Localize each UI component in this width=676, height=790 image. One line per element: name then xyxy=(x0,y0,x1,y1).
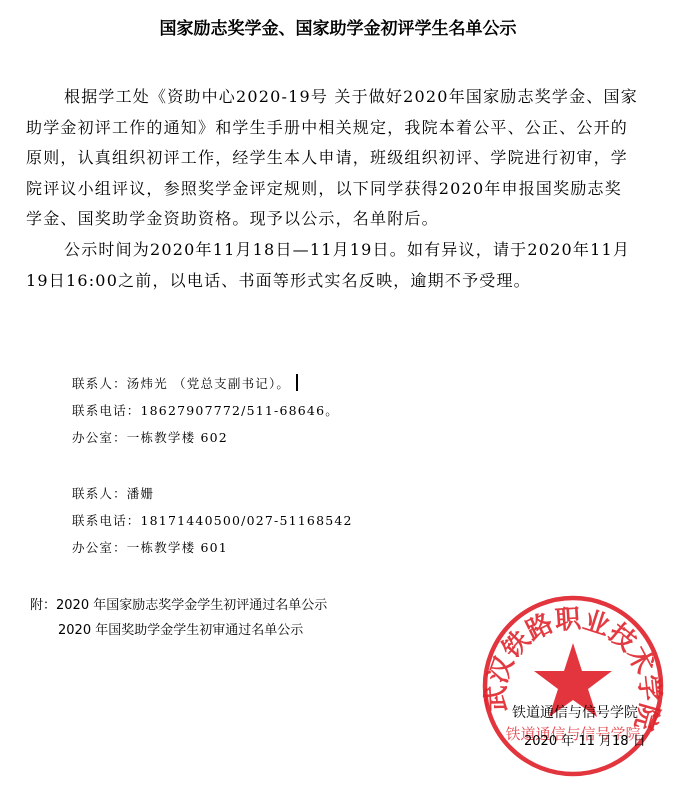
contact-phone: 联系电话：18627907772/511-68646。 xyxy=(72,397,339,424)
contact-block-2: 联系人：潘姗 联系电话：18171440500/027-51168542 办公室… xyxy=(72,480,353,561)
paragraph-line: 公示时间为2020年11月18日—11月19日。如有异议，请于2020年11月 xyxy=(26,235,646,266)
paragraph-line: 根据学工处《资助中心2020-19号 关于做好2020年国家励志奖学金、国家 xyxy=(26,82,646,113)
official-seal-icon: 武汉铁路职业技术学院 铁道通信与信号学院 xyxy=(478,591,668,781)
signature-date: 2020 年 11 月18 日 xyxy=(524,730,646,749)
paragraph-line: 学金、国奖助学金资助资格。现予以公示，名单附后。 xyxy=(26,204,646,235)
paragraph-period: 公示时间为2020年11月18日—11月19日。如有异议，请于2020年11月 … xyxy=(26,235,646,296)
attachment-item: 附：2020 年国家励志奖学金学生初评通过名单公示 xyxy=(30,593,327,618)
attachment-label: 附： xyxy=(30,598,56,613)
document-title: 国家励志奖学金、国家助学金初评学生名单公示 xyxy=(0,14,676,39)
contact-office: 办公室：一栋教学楼 602 xyxy=(72,424,339,451)
contact-phone: 联系电话：18171440500/027-51168542 xyxy=(72,507,353,534)
paragraph-line: 院评议小组评议，参照奖学金评定规则，以下同学获得2020年申报国奖励志奖 xyxy=(26,174,646,205)
paragraph-line: 助学金初评工作的通知》和学生手册中相关规定，我院本着公平、公正、公开的 xyxy=(26,113,646,144)
contact-person: 联系人：汤炜光 （党总支副书记）。 xyxy=(72,370,339,397)
attachment-item: 2020 年国奖助学金学生初审通过名单公示 xyxy=(30,618,327,643)
paragraph-line: 原则，认真组织初评工作，经学生本人申请，班级组织初评、学院进行初审，学 xyxy=(26,143,646,174)
contact-person: 联系人：潘姗 xyxy=(72,480,353,507)
contact-block-1: 联系人：汤炜光 （党总支副书记）。 联系电话：18627907772/511-6… xyxy=(72,370,339,451)
attachments: 附：2020 年国家励志奖学金学生初评通过名单公示 2020 年国奖助学金学生初… xyxy=(30,593,327,643)
contact-office: 办公室：一栋教学楼 601 xyxy=(72,534,353,561)
text-cursor xyxy=(296,374,298,391)
signature-department: 铁道通信与信号学院 xyxy=(512,702,638,722)
paragraph-line: 19日16:00之前，以电话、书面等形式实名反映，逾期不予受理。 xyxy=(26,266,646,297)
paragraph-basis: 根据学工处《资助中心2020-19号 关于做好2020年国家励志奖学金、国家 助… xyxy=(26,82,646,235)
